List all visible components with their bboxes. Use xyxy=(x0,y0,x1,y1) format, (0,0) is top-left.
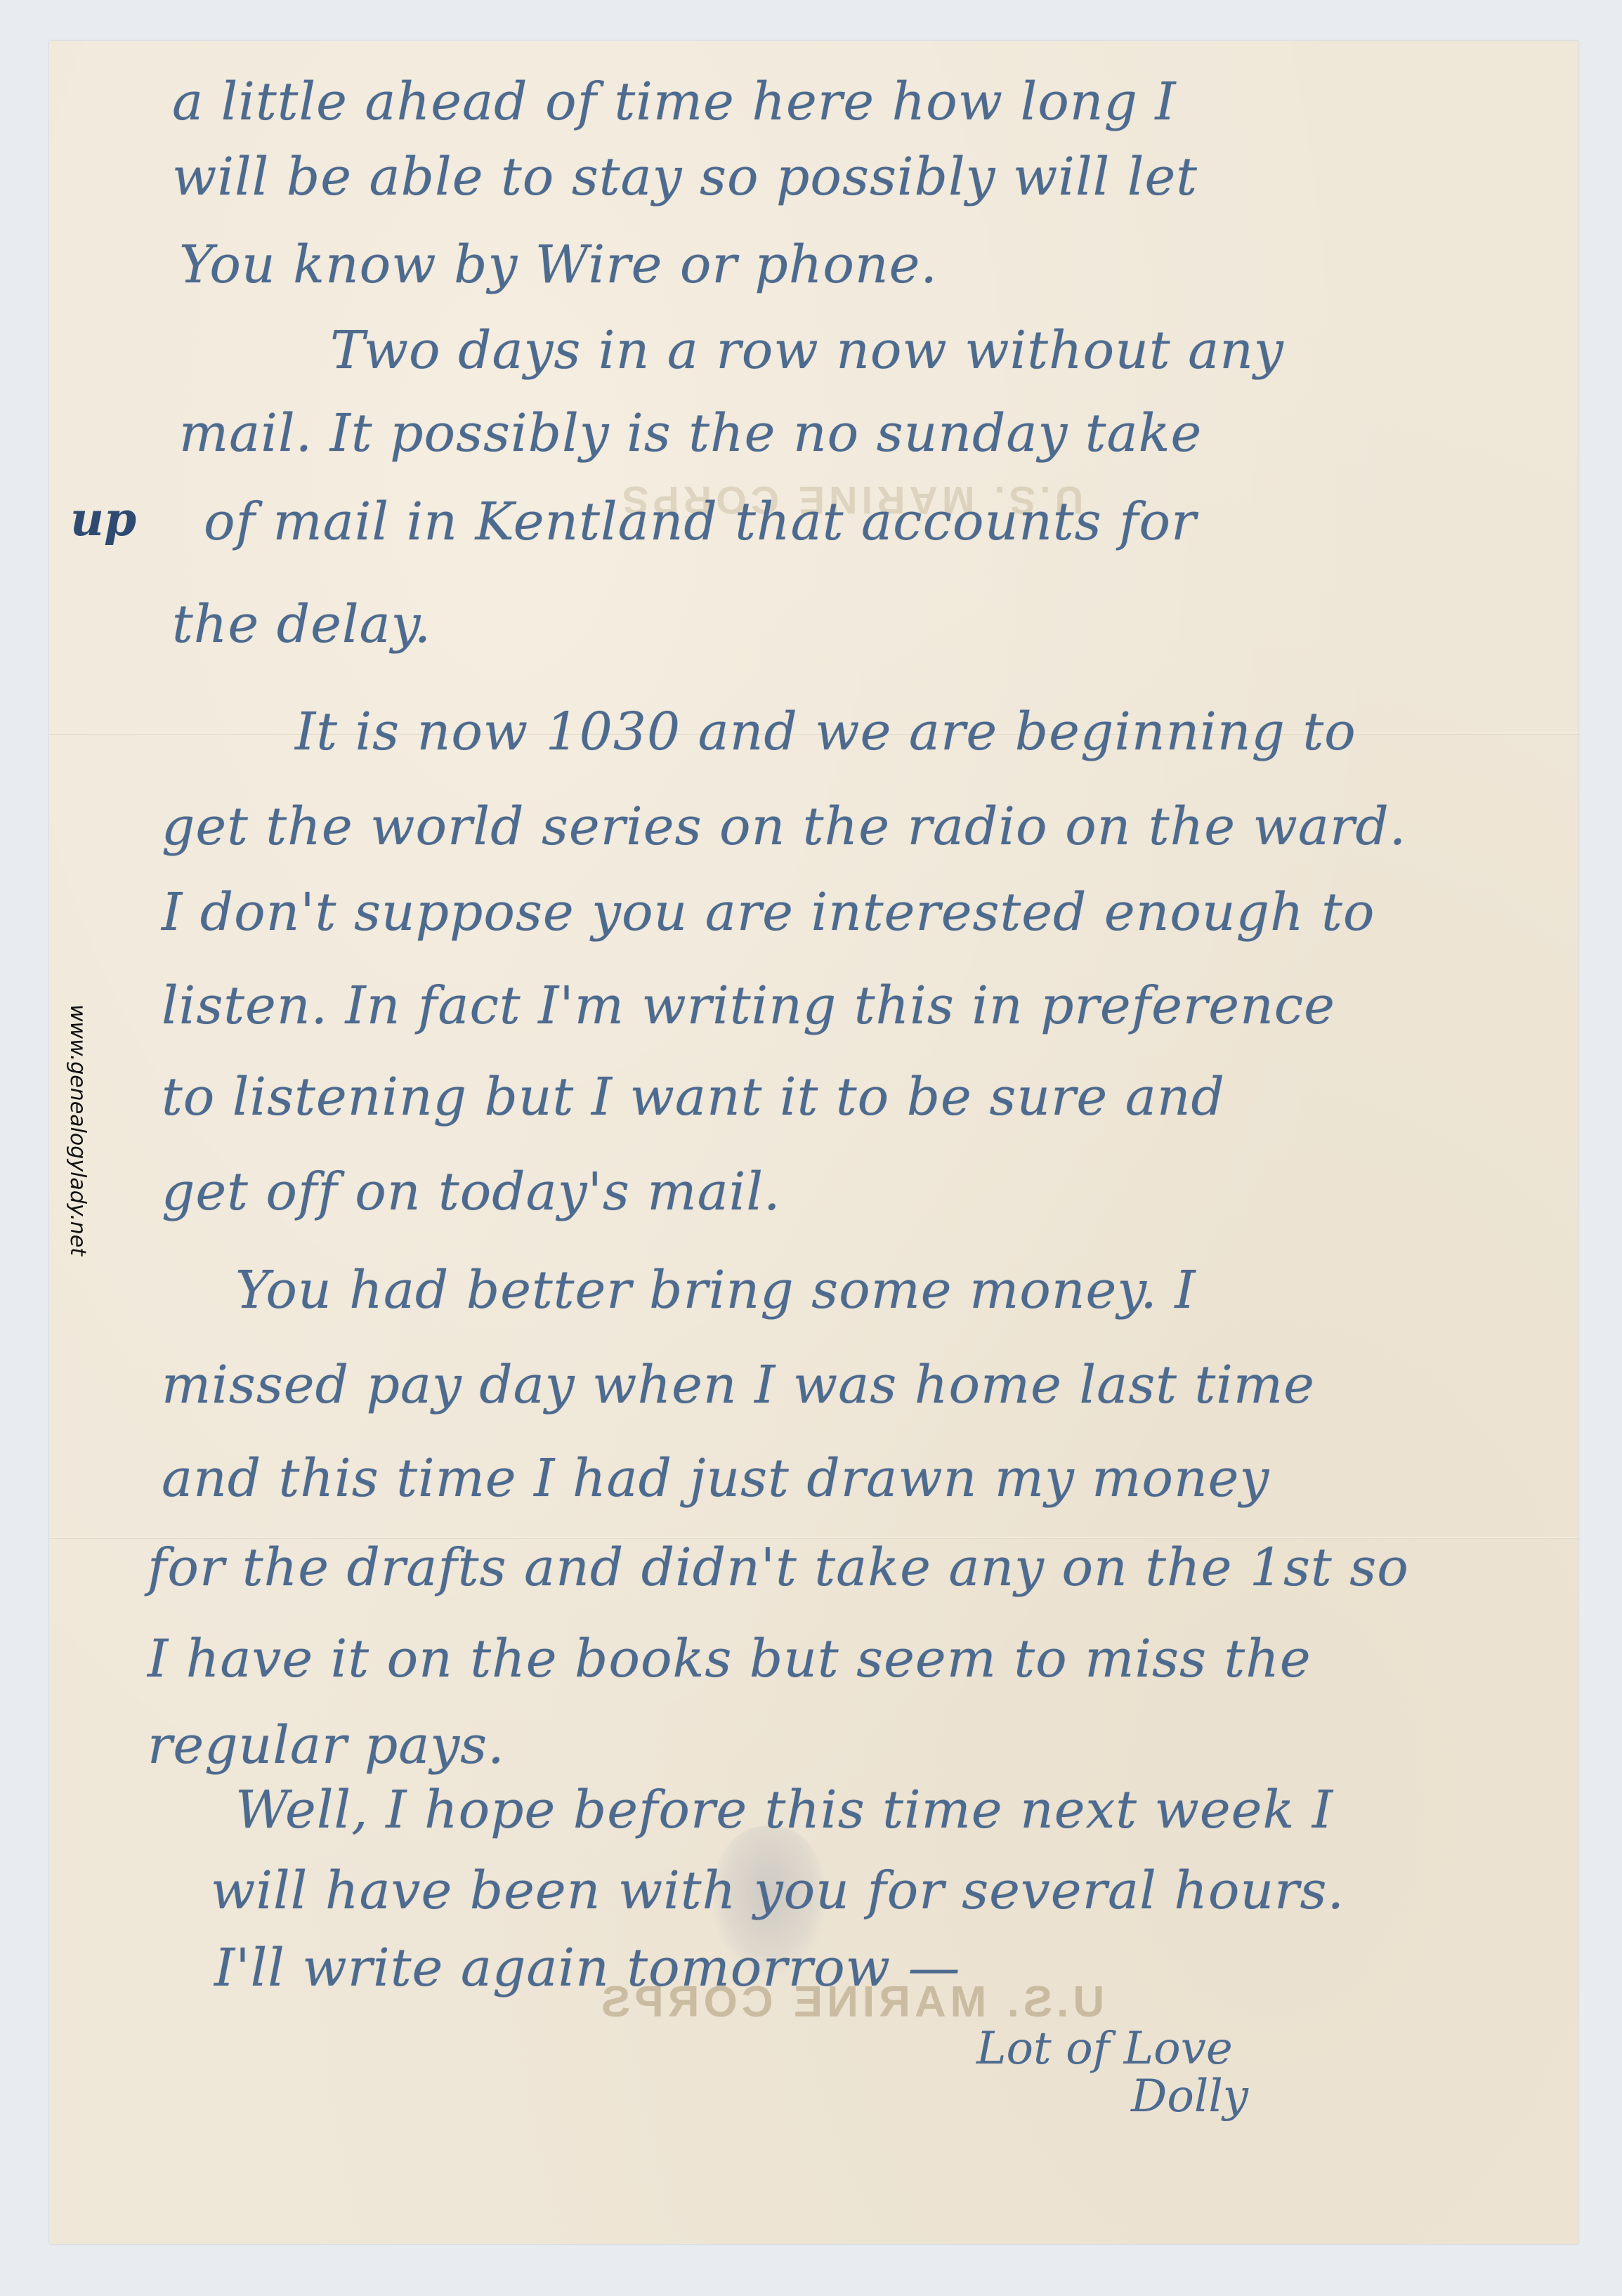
letter-line: I'll write again tomorrow — xyxy=(214,1942,961,1994)
letter-line: regular pays. xyxy=(148,1719,505,1771)
letter-line: to listening but I want it to be sure an… xyxy=(162,1071,1225,1123)
letter-line: will have been with you for several hour… xyxy=(211,1865,1345,1917)
letter-line: and this time I had just drawn my money xyxy=(162,1452,1269,1504)
letter-line: the delay. xyxy=(172,598,431,650)
letter-line: Well, I hope before this time next week … xyxy=(235,1784,1333,1836)
letter-line: Two days in a row now without any xyxy=(330,324,1284,376)
signature: Dolly xyxy=(1131,2071,1248,2123)
letter-line: a little ahead of time here how long I xyxy=(172,76,1177,128)
margin-insertion: up xyxy=(70,492,136,546)
letter-line: You had better bring some money. I xyxy=(235,1264,1196,1316)
letter-line: get the world series on the radio on the… xyxy=(162,801,1406,853)
letter-line: listen. In fact I'm writing this in pref… xyxy=(162,980,1335,1032)
letter-line: It is now 1030 and we are beginning to xyxy=(295,706,1356,758)
letter-line: I have it on the books but seem to miss … xyxy=(148,1633,1312,1685)
letter-line: You know by Wire or phone. xyxy=(179,239,938,291)
letter-line: for the drafts and didn't take any on th… xyxy=(148,1542,1409,1594)
letter-line: I don't suppose you are interested enoug… xyxy=(162,886,1375,938)
letter-line: get off on today's mail. xyxy=(162,1166,781,1218)
letter-line: missed pay day when I was home last time xyxy=(162,1359,1315,1411)
closing-salutation: Lot of Love xyxy=(976,2023,1233,2075)
letter-line: mail. It possibly is the no sunday take xyxy=(179,407,1202,459)
letter-line: will be able to stay so possibly will le… xyxy=(172,151,1198,203)
letter-line: of mail in Kentland that accounts for xyxy=(204,496,1196,548)
letter-body: a little ahead of time here how long I w… xyxy=(0,0,1622,2296)
